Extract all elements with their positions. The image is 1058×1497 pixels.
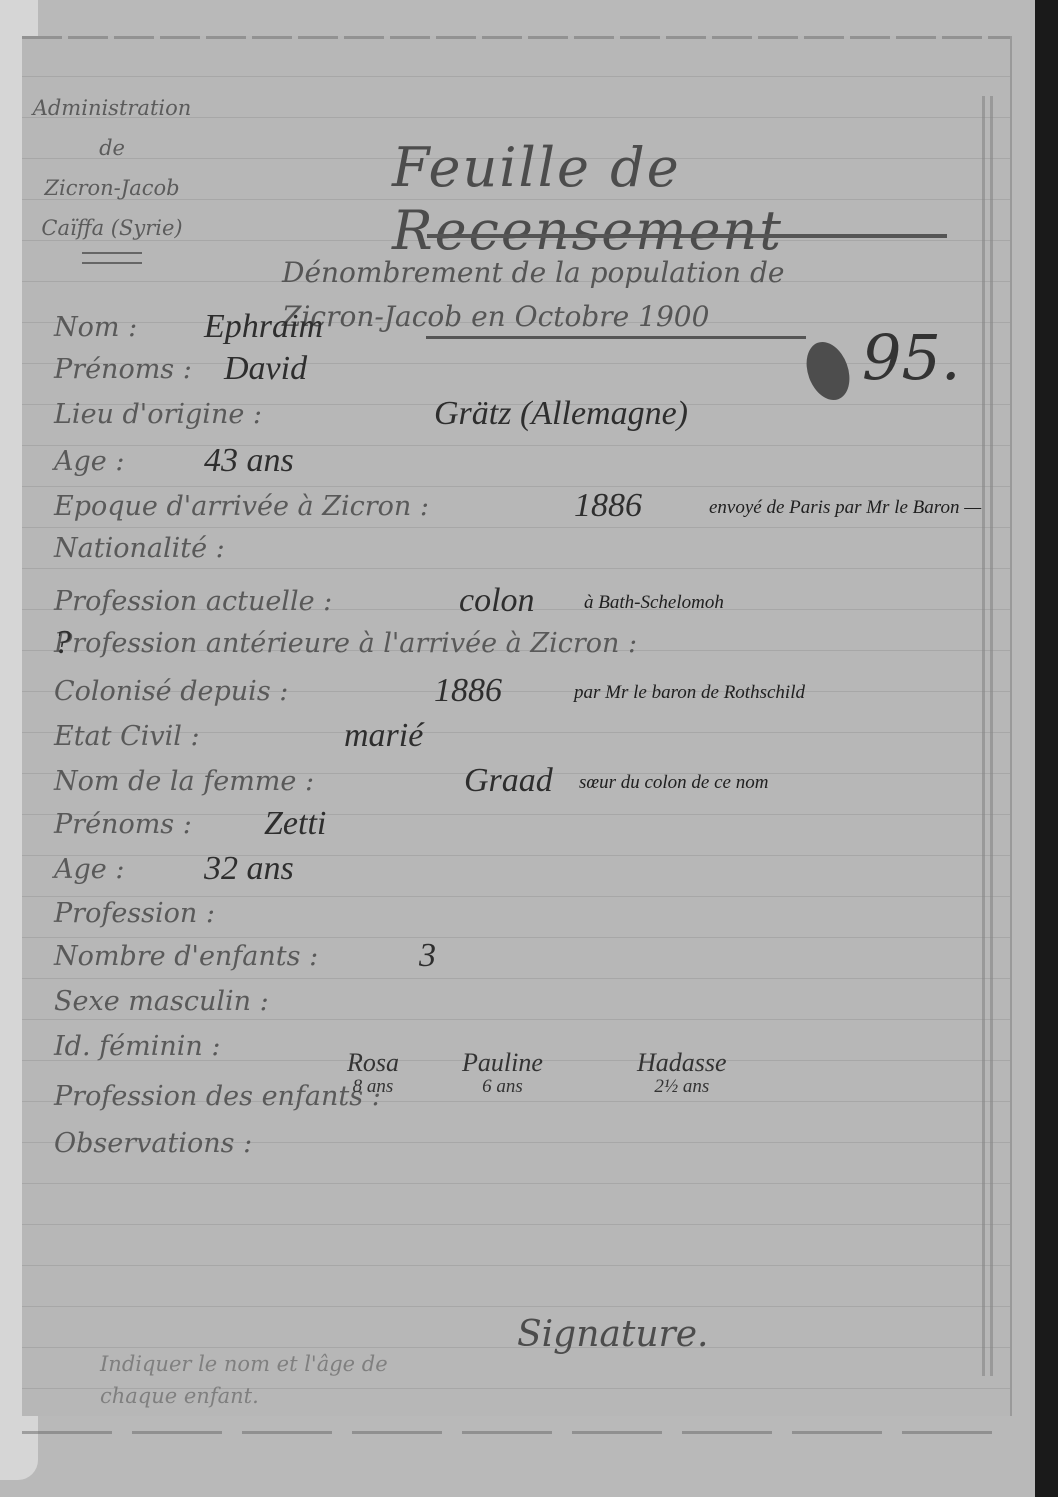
field-value: 43 ans bbox=[204, 442, 294, 480]
subtitle-line: Dénombrement de la population de bbox=[282, 251, 922, 295]
field-label: Lieu d'origine : bbox=[54, 399, 262, 430]
subtitle-line: Zicron-Jacob en Octobre 1900 bbox=[282, 295, 922, 339]
form-field: Age :43 ans bbox=[54, 446, 124, 490]
form-field: Profession : bbox=[54, 898, 215, 942]
admin-line: Administration bbox=[22, 88, 202, 128]
signature-label: Signature. bbox=[517, 1314, 708, 1355]
form-title: Feuille de Recensement bbox=[392, 136, 1010, 262]
field-value: 1886 bbox=[434, 672, 502, 710]
field-label: Sexe masculin : bbox=[54, 986, 269, 1017]
field-label: Prénoms : bbox=[54, 809, 192, 840]
child-age: 2½ ans bbox=[637, 1077, 727, 1097]
field-label: Nom de la femme : bbox=[54, 766, 314, 797]
field-label: Prénoms : bbox=[54, 354, 192, 385]
form-field: Etat Civil :marié bbox=[54, 721, 200, 765]
child-age: 8 ans bbox=[347, 1077, 399, 1097]
field-annotation: par Mr le baron de Rothschild bbox=[574, 682, 805, 704]
field-value: 1886 bbox=[574, 487, 642, 525]
field-annotation: sœur du colon de ce nom bbox=[579, 772, 768, 794]
bottom-rule bbox=[22, 1431, 1010, 1434]
margin-rule bbox=[990, 96, 993, 1376]
dark-background-edge bbox=[1035, 0, 1058, 1497]
field-label: Nom : bbox=[54, 312, 137, 343]
field-value: Graad bbox=[464, 762, 553, 800]
field-value: Zetti bbox=[264, 805, 326, 843]
field-label: Colonisé depuis : bbox=[54, 676, 288, 707]
form-field: Observations : bbox=[54, 1128, 252, 1172]
admin-line: de bbox=[22, 128, 202, 168]
field-label: Profession des enfants : bbox=[54, 1081, 381, 1112]
admin-line: Caïffa (Syrie) bbox=[22, 208, 202, 248]
form-field: Sexe masculin : bbox=[54, 986, 269, 1030]
margin-rule bbox=[982, 96, 985, 1376]
child-entry: Hadasse2½ ans bbox=[637, 1049, 727, 1097]
field-value: 32 ans bbox=[204, 850, 294, 888]
admin-line: Zicron-Jacob bbox=[22, 168, 202, 208]
child-entry: Pauline6 ans bbox=[462, 1049, 543, 1097]
title-underline bbox=[427, 234, 947, 238]
form-field: Colonisé depuis :1886par Mr le baron de … bbox=[54, 676, 288, 720]
form-field: Prénoms :Zetti bbox=[54, 809, 192, 853]
field-label: Epoque d'arrivée à Zicron : bbox=[54, 491, 429, 522]
field-value: Ephraim bbox=[204, 308, 323, 346]
decorative-flourish bbox=[82, 252, 142, 264]
field-value: David bbox=[224, 350, 307, 388]
form-field: Profession des enfants : bbox=[54, 1081, 381, 1125]
form-field: Nom :Ephraim bbox=[54, 312, 137, 356]
administration-block: Administration de Zicron-Jacob Caïffa (S… bbox=[22, 88, 202, 264]
form-field: Nationalité : bbox=[54, 533, 225, 577]
field-label: Profession actuelle : bbox=[54, 586, 332, 617]
form-field: Epoque d'arrivée à Zicron :1886envoyé de… bbox=[54, 491, 429, 535]
form-field: Profession antérieure à l'arrivée à Zicr… bbox=[54, 628, 637, 672]
field-value: Grätz (Allemagne) bbox=[434, 395, 688, 433]
faded-footnote: Indiquer le nom et l'âge de chaque enfan… bbox=[100, 1348, 460, 1412]
child-age: 6 ans bbox=[462, 1077, 543, 1097]
field-annotation: envoyé de Paris par Mr le Baron — bbox=[709, 497, 981, 519]
subtitle-underline bbox=[426, 336, 806, 339]
field-label: Nationalité : bbox=[54, 533, 225, 564]
field-value: 3 bbox=[419, 937, 436, 975]
field-label: Profession : bbox=[54, 898, 215, 929]
form-field: Profession actuelle :colonà Bath-Schelom… bbox=[54, 586, 332, 630]
form-field: Lieu d'origine :Grätz (Allemagne) bbox=[54, 399, 262, 443]
form-subtitle: Dénombrement de la population de Zicron-… bbox=[282, 251, 922, 339]
top-rule bbox=[22, 36, 1010, 39]
form-field: Nom de la femme :Graadsœur du colon de c… bbox=[54, 766, 314, 810]
child-name: Hadasse bbox=[637, 1049, 727, 1077]
ink-blot bbox=[799, 336, 857, 406]
field-annotation: à Bath-Schelomoh bbox=[584, 592, 724, 614]
field-value: marié bbox=[344, 717, 423, 755]
form-field: Prénoms :David bbox=[54, 354, 192, 398]
field-label: Id. féminin : bbox=[54, 1031, 220, 1062]
field-label: Nombre d'enfants : bbox=[54, 941, 318, 972]
form-field: Id. féminin : bbox=[54, 1031, 220, 1075]
field-label: Profession antérieure à l'arrivée à Zicr… bbox=[54, 628, 637, 659]
child-name: Pauline bbox=[462, 1049, 543, 1077]
form-field: Nombre d'enfants :3 bbox=[54, 941, 318, 985]
field-label: Age : bbox=[54, 446, 124, 477]
child-name: Rosa bbox=[347, 1049, 399, 1077]
form-field: Age :32 ans bbox=[54, 854, 124, 898]
census-form-sheet: Administration de Zicron-Jacob Caïffa (S… bbox=[22, 36, 1012, 1416]
field-value: colon bbox=[459, 582, 535, 620]
child-entry: Rosa8 ans bbox=[347, 1049, 399, 1097]
record-number: 95. bbox=[862, 321, 961, 394]
field-label: Observations : bbox=[54, 1128, 252, 1159]
field-label: Etat Civil : bbox=[54, 721, 200, 752]
field-label: Age : bbox=[54, 854, 124, 885]
field-value: ? bbox=[54, 624, 71, 662]
